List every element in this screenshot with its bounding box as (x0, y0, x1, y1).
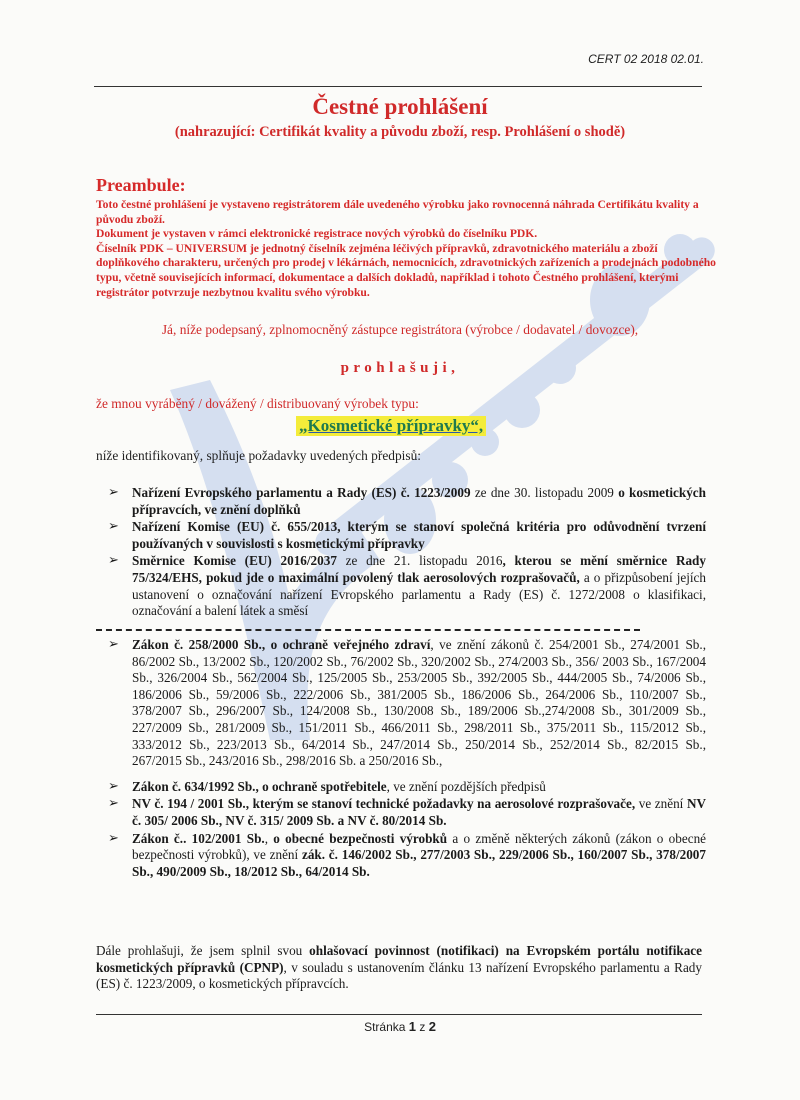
bold-text-run: Zákon č.. 102/2001 Sb. (132, 831, 265, 846)
cz-regulations-list: ➢Zákon č. 258/2000 Sb., o ochraně veřejn… (106, 637, 706, 881)
preamble-heading: Preambule: (96, 175, 186, 196)
regulation-item: ➢Zákon č. 258/2000 Sb., o ochraně veřejn… (106, 637, 706, 770)
footer-divider (96, 1014, 702, 1015)
bold-text-run: Nařízení Evropského parlamentu a Rady (E… (132, 485, 471, 500)
bold-text-run: Zákon č. 634/1992 Sb., o ochraně spotřeb… (132, 779, 387, 794)
text-run: Dále prohlašuji, že jsem splnil svou (96, 943, 309, 958)
page-of: z (419, 1020, 425, 1034)
eu-regulations-list: ➢Nařízení Evropského parlamentu a Rady (… (106, 485, 706, 621)
bold-text-run: NV č. 194 / 2001 Sb., kterým se stanoví … (132, 796, 635, 811)
regulation-item: ➢Nařízení Komise (EU) č. 655/2013, který… (106, 519, 706, 552)
signer-statement: Já, níže podepsaný, zplnomocněný zástupc… (0, 322, 800, 338)
bold-text-run: Nařízení Komise (EU) č. 655/2013, kterým… (132, 519, 706, 551)
regulation-item: ➢Směrnice Komise (EU) 2016/2037 ze dne 2… (106, 553, 706, 619)
regulation-item: ➢Zákon č.. 102/2001 Sb., o obecné bezpeč… (106, 831, 706, 881)
arrow-bullet-icon: ➢ (108, 779, 119, 796)
document-title: Čestné prohlášení (0, 94, 800, 120)
preamble-paragraph: Číselník PDK – UNIVERSUM je jednotný čís… (96, 242, 716, 300)
page-label: Stránka (364, 1020, 405, 1034)
arrow-bullet-icon: ➢ (108, 831, 119, 848)
arrow-bullet-icon: ➢ (108, 519, 119, 536)
page-current: 1 (409, 1019, 416, 1034)
product-name: „Kosmetické přípravky“, (296, 416, 486, 436)
regulation-item: ➢Zákon č. 634/1992 Sb., o ochraně spotře… (106, 779, 706, 796)
list-spacer (106, 771, 706, 779)
preamble-paragraph: Toto čestné prohlášení je vystaveno regi… (96, 198, 716, 227)
arrow-bullet-icon: ➢ (108, 553, 119, 570)
arrow-bullet-icon: ➢ (108, 637, 119, 654)
text-run: , ve znění zákonů č. 254/2001 Sb., 274/2… (132, 637, 706, 768)
preamble-paragraph: Dokument je vystaven v rámci elektronick… (96, 227, 716, 242)
bold-text-run: o obecné bezpečnosti výrobků (273, 831, 447, 846)
arrow-bullet-icon: ➢ (108, 485, 119, 502)
document-reference: CERT 02 2018 02.01. (588, 52, 704, 66)
bold-text-run: Zákon č. 258/2000 Sb., o ochraně veřejné… (132, 637, 430, 652)
preamble-text: Toto čestné prohlášení je vystaveno regi… (96, 198, 716, 300)
text-run: ve znění (635, 796, 687, 811)
header-divider (94, 86, 702, 87)
page-total: 2 (429, 1019, 436, 1034)
arrow-bullet-icon: ➢ (108, 796, 119, 813)
regulation-item: ➢Nařízení Evropského parlamentu a Rady (… (106, 485, 706, 518)
text-run: , (265, 831, 274, 846)
notification-statement: Dále prohlašuji, že jsem splnil svou ohl… (96, 943, 702, 993)
bold-text-run: Směrnice Komise (EU) 2016/2037 (132, 553, 337, 568)
text-run: ze dne 21. listopadu 2016 (337, 553, 503, 568)
product-type-intro: že mnou vyráběný / dovážený / distribuov… (96, 396, 419, 412)
document-subtitle: (nahrazující: Certifikát kvality a původ… (0, 124, 800, 141)
text-run: , ve znění pozdějších předpisů (387, 779, 546, 794)
regulation-item: ➢NV č. 194 / 2001 Sb., kterým se stanoví… (106, 796, 706, 829)
declare-word: prohlašuji, (0, 360, 800, 377)
page-indicator: Stránka 1 z 2 (0, 1019, 800, 1034)
compliance-statement: níže identifikovaný, splňuje požadavky u… (96, 448, 421, 464)
document-page: CERT 02 2018 02.01. Čestné prohlášení (n… (0, 0, 800, 1100)
section-dashed-divider (96, 629, 640, 631)
text-run: ze dne 30. listopadu 2009 (471, 485, 619, 500)
